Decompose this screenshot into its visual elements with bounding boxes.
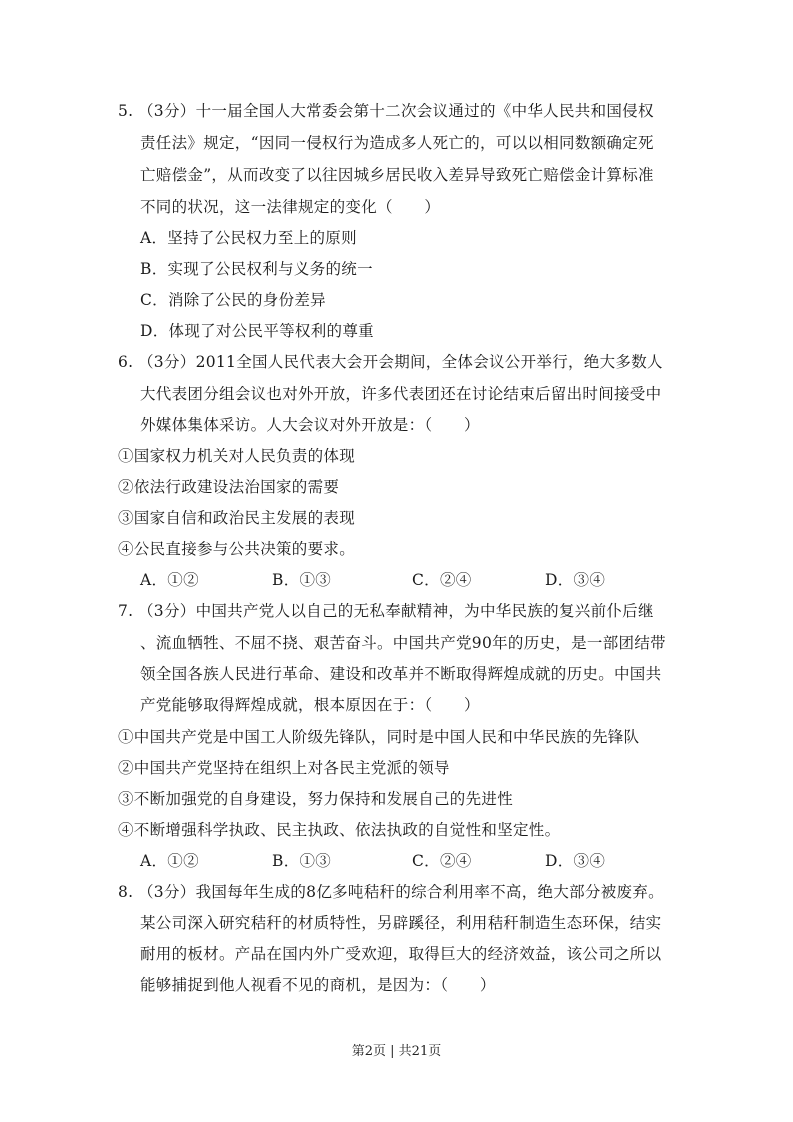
question-text: 中国共产党人以自己的无私奉献精神，为中华民族的复兴前仆后继 [196, 602, 654, 620]
question-number: 7. [118, 601, 138, 621]
choice-text: ③④ [574, 852, 606, 870]
question-number: 5. [118, 101, 138, 121]
choice-label: B． [272, 571, 300, 589]
question-score: （3分） [138, 883, 196, 901]
question-7-line-1: 7.（3分）中国共产党人以自己的无私奉献精神，为中华民族的复兴前仆后继 [118, 601, 654, 621]
question-text: 2011全国人民代表大会开会期间，全体会议公开举行，绝大多数人 [196, 353, 663, 371]
question-score: （3分） [138, 353, 196, 371]
question-score: （3分） [138, 102, 196, 120]
option-text: 实现了公民权利与义务的统一 [168, 260, 373, 278]
choice-d: D．③④ [545, 851, 605, 871]
question-6-line-1: 6.（3分）2011全国人民代表大会开会期间，全体会议公开举行，绝大多数人 [118, 352, 663, 372]
choice-text: ②④ [440, 571, 472, 589]
question-7-line-4: 产党能够取得辉煌成就，根本原因在于：（ ） [140, 695, 480, 715]
choice-d: D．③④ [545, 570, 605, 590]
choice-b: B．①③ [272, 570, 331, 590]
choice-text: ①② [167, 852, 199, 870]
question-7-statement-3: ③不断加强党的自身建设，努力保持和发展自己的先进性 [118, 789, 513, 809]
question-7-statement-4: ④不断增强科学执政、民主执政、依法执政的自觉性和坚定性。 [118, 820, 560, 840]
question-6-line-2: 大代表团分组会议也对外开放，许多代表团还在讨论结束后留出时间接受中 [140, 384, 661, 404]
question-6-statement-1: ①国家权力机关对人民负责的体现 [118, 446, 355, 466]
option-label: C． [140, 291, 168, 309]
option-text: 坚持了公民权力至上的原则 [167, 229, 357, 247]
question-5-line-1: 5.（3分）十一届全国人大常委会第十二次会议通过的《中华人民共和国侵权 [118, 101, 654, 121]
question-6-line-3: 外媒体集体采访。人大会议对外开放是：（ ） [140, 415, 480, 435]
choice-label: D． [545, 571, 574, 589]
choice-label: A． [140, 571, 167, 589]
question-6-statement-2: ②依法行政建设法治国家的需要 [118, 477, 339, 497]
choice-text: ①③ [300, 852, 332, 870]
choice-c: C．②④ [412, 851, 472, 871]
question-8-line-4: 能够捕捉到他人视看不见的商机，是因为：（ ） [140, 975, 496, 995]
option-text: 体现了对公民平等权利的尊重 [169, 322, 374, 340]
question-number: 6. [118, 352, 138, 372]
choice-label: A． [140, 852, 167, 870]
choice-a: A．①② [140, 570, 199, 590]
question-5-option-b: B．实现了公民权利与义务的统一 [140, 259, 373, 279]
choice-c: C．②④ [412, 570, 472, 590]
question-5-line-2: 责任法》规定，“因同一侵权行为造成多人死亡的，可以以相同数额确定死 [140, 133, 654, 153]
question-7-statement-1: ①中国共产党是中国工人阶级先锋队，同时是中国人民和中华民族的先锋队 [118, 727, 639, 747]
choice-text: ①② [167, 571, 199, 589]
choice-label: B． [272, 852, 300, 870]
page-footer: 第2页 | 共21页 [0, 1040, 793, 1059]
question-5-line-4: 不同的状况，这一法律规定的变化（ ） [140, 197, 440, 217]
question-5-option-a: A．坚持了公民权力至上的原则 [140, 228, 357, 248]
question-8-line-1: 8.（3分）我国每年生成的8亿多吨秸秆的综合利用率不高，绝大部分被废弃。 [118, 882, 664, 902]
question-5-option-c: C．消除了公民的身份差异 [140, 290, 326, 310]
question-5-line-3: 亡赔偿金”，从而改变了以往因城乡居民收入差异导致死亡赔偿金计算标准 [140, 165, 654, 185]
choice-label: C． [412, 571, 440, 589]
option-label: B． [140, 260, 168, 278]
document-page: 5.（3分）十一届全国人大常委会第十二次会议通过的《中华人民共和国侵权 责任法》… [0, 0, 793, 1122]
choice-text: ②④ [440, 852, 472, 870]
question-8-line-2: 某公司深入研究秸秆的材质特性，另辟蹊径，利用秸秆制造生态环保，结实 [140, 913, 661, 933]
question-7-line-3: 领全国各族人民进行革命、建设和改革并不断取得辉煌成就的历史。中国共 [140, 664, 661, 684]
choice-a: A．①② [140, 851, 199, 871]
question-5-option-d: D．体现了对公民平等权利的尊重 [140, 321, 374, 341]
option-label: A． [140, 229, 167, 247]
question-7-line-2: 、流血牺牲、不屈不挠、艰苦奋斗。中国共产党90年的历史，是一部团结带 [140, 633, 666, 653]
choice-label: D． [545, 852, 574, 870]
question-text: 十一届全国人大常委会第十二次会议通过的《中华人民共和国侵权 [196, 102, 654, 120]
option-label: D． [140, 322, 169, 340]
choice-label: C． [412, 852, 440, 870]
question-score: （3分） [138, 602, 196, 620]
choice-text: ①③ [300, 571, 332, 589]
choice-text: ③④ [574, 571, 606, 589]
question-8-line-3: 耐用的板材。产品在国内外广受欢迎，取得巨大的经济效益，该公司之所以 [140, 944, 661, 964]
question-7-statement-2: ②中国共产党坚持在组织上对各民主党派的领导 [118, 758, 450, 778]
question-number: 8. [118, 882, 138, 902]
question-text: 我国每年生成的8亿多吨秸秆的综合利用率不高，绝大部分被废弃。 [196, 883, 664, 901]
option-text: 消除了公民的身份差异 [168, 291, 326, 309]
question-6-statement-3: ③国家自信和政治民主发展的表现 [118, 508, 355, 528]
choice-b: B．①③ [272, 851, 331, 871]
question-6-statement-4: ④公民直接参与公共决策的要求。 [118, 539, 355, 559]
